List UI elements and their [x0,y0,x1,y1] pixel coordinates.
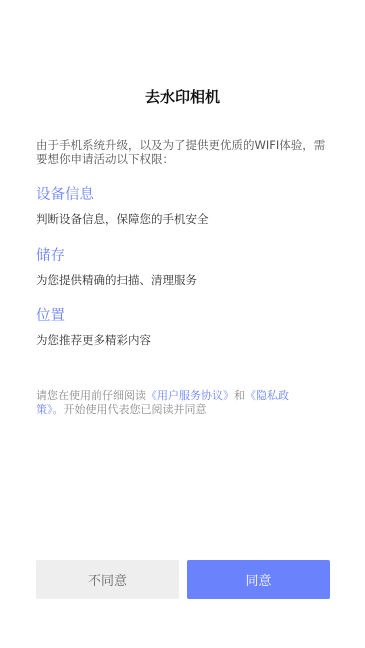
permission-desc-device-info: 判断设备信息，保障您的手机安全 [36,211,209,227]
permission-title-location: 位置 [36,304,65,325]
disagree-button[interactable]: 不同意 [36,560,179,599]
user-agreement-link[interactable]: 《用户服务协议》 [146,389,234,402]
agreement-prefix: 请您在使用前仔细阅读 [36,389,146,402]
agree-button[interactable]: 同意 [187,560,330,599]
agreement-notice: 请您在使用前仔细阅读《用户服务协议》和《隐私政策》。开始使用代表您已阅读并同意 [36,389,308,417]
permission-intro-text: 由于手机系统升级，以及为了提供更优质的WIFI体验，需要想你申请活动以下权限： [36,138,328,166]
agreement-suffix: 。开始使用代表您已阅读并同意 [53,403,207,416]
dialog-title: 去水印相机 [0,86,365,107]
permission-title-storage: 储存 [36,244,65,265]
permission-desc-storage: 为您提供精确的扫描、清理服务 [36,272,197,288]
agreement-and: 和 [234,389,245,402]
permission-desc-location: 为您推荐更多精彩内容 [36,332,151,348]
permission-title-device-info: 设备信息 [36,183,94,204]
